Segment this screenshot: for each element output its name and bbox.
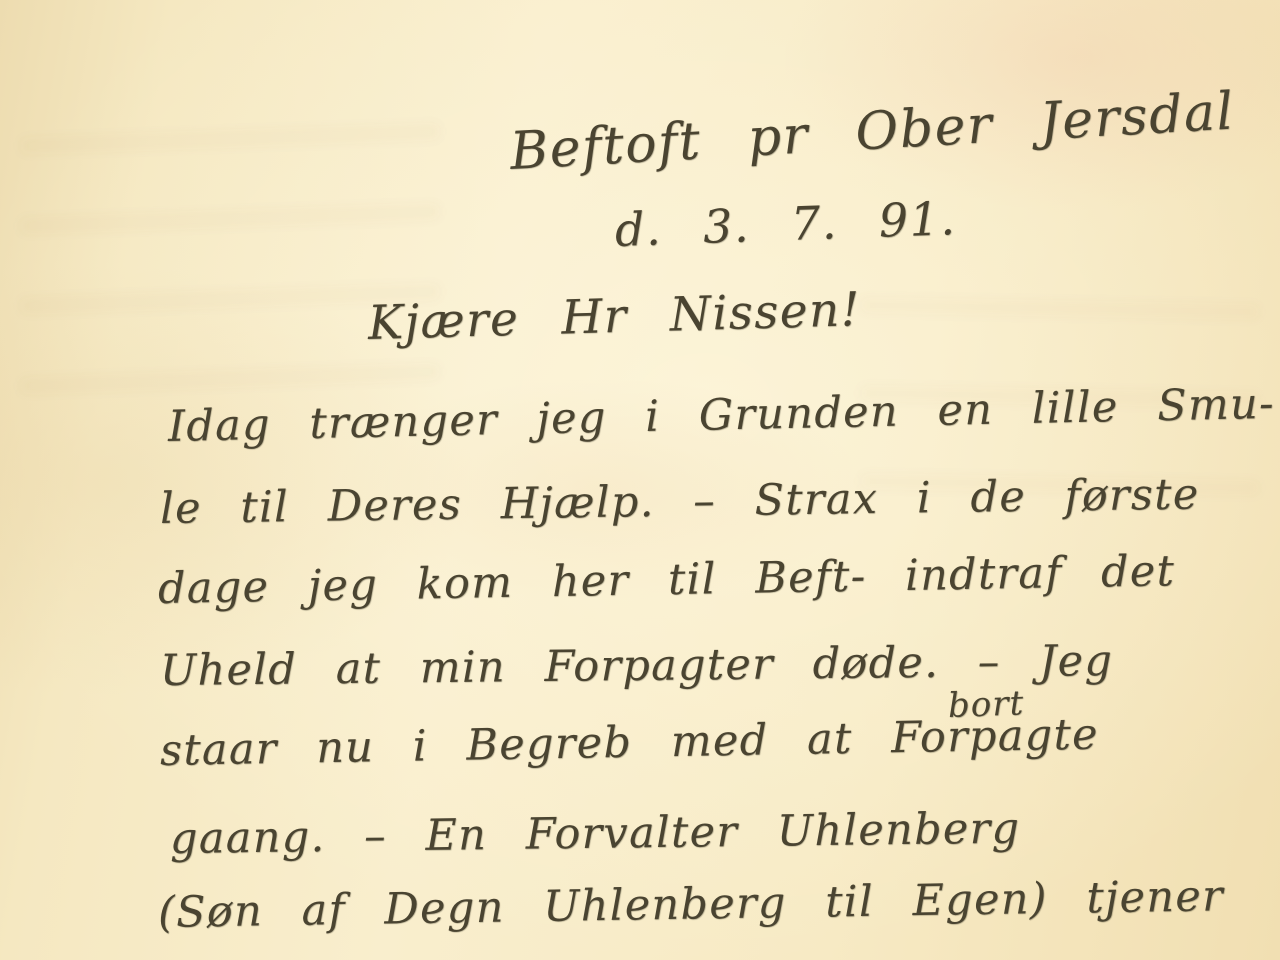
letter-body-line: gaang. – En Forvalter Uhlenberg: [170, 804, 1021, 864]
letter-body-line: le til Deres Hjælp. – Strax i de første: [160, 469, 1200, 534]
letter-body-line: (Søn af Degn Uhlenberg til Egen) tjener: [158, 871, 1225, 938]
letter-place-line: Beftoft pr Ober Jersdal: [508, 82, 1236, 182]
paper-bleedthrough-texture: [20, 90, 440, 430]
handwritten-letter-page: Beftoft pr Ober Jersdal d. 3. 7. 91. Kjæ…: [0, 0, 1280, 960]
letter-date-line: d. 3. 7. 91.: [614, 191, 957, 257]
letter-greeting: Kjære Hr Nissen!: [367, 282, 861, 351]
letter-body-line: Idag trænger jeg i Grunden en lille Smu-: [167, 379, 1275, 452]
letter-interlinear-insertion: bort: [947, 683, 1025, 726]
letter-body-line: dage jeg kom her til Beft- indtraf det: [158, 546, 1176, 614]
